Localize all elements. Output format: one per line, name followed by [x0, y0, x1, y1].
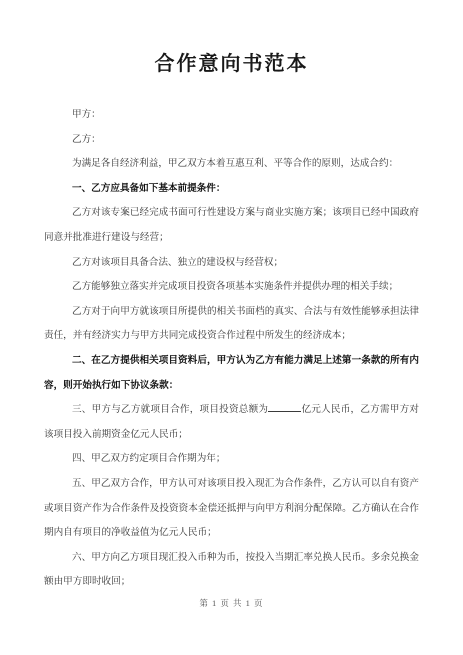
clause-6: 六、甲方向乙方项目现汇投入币种为币，按投入当期汇率兑换人民币。多余兑换金额由甲方… [44, 546, 419, 595]
clause-1-item-2: 乙方对该项目具备合法、独立的建设权与经营权； [44, 251, 419, 276]
party-b-line: 乙方： [44, 128, 419, 153]
preamble: 为满足各自经济利益，甲乙双方本着互惠互利、平等合作的原则，达成合约： [44, 152, 419, 177]
clause-5: 五、甲乙双方合作，甲方认可对该项目投入现汇为合作条件，乙方认可以自有资产或项目资… [44, 472, 419, 546]
party-a-line: 甲方： [44, 103, 419, 128]
clause-1-item-4: 乙方对于向甲方就该项目所提供的相关书面档的真实、合法与有效性能够承担法律责任，并… [44, 300, 419, 349]
clause-1-item-1: 乙方对该专案已经完成书面可行性建设方案与商业实施方案；该项目已经中国政府同意并批… [44, 201, 419, 250]
document-title-text: 合作意向书范本 [155, 53, 309, 75]
document-page: 合作意向书范本 甲方： 乙方： 为满足各自经济利益，甲乙双方本着互惠互利、平等合… [0, 0, 463, 655]
document-title: 合作意向书范本 [0, 0, 463, 78]
document-body: 甲方： 乙方： 为满足各自经济利益，甲乙双方本着互惠互利、平等合作的原则，达成合… [0, 103, 463, 595]
clause-4: 四、甲乙双方约定项目合作期为年； [44, 447, 419, 472]
clause-1-item-3: 乙方能够独立落实并完成项目投资各项基本实施条件并提供办理的相关手续； [44, 275, 419, 300]
clause-1-heading: 一、乙方应具备如下基本前提条件： [44, 177, 419, 202]
page-footer: 第 1 页 共 1 页 [0, 596, 463, 610]
blank-underline [268, 402, 301, 412]
clause-2-heading: 二、在乙方提供相关项目资料后，甲方认为乙方有能力满足上述第一条款的所有内容，则开… [44, 349, 419, 398]
clause-3: 三、甲方与乙方就项目合作，项目投资总额为亿元人民币，乙方需甲方对该项目投入前期资… [44, 398, 419, 447]
clause-3-text-before-blank: 三、甲方与乙方就项目合作，项目投资总额为 [72, 404, 268, 415]
